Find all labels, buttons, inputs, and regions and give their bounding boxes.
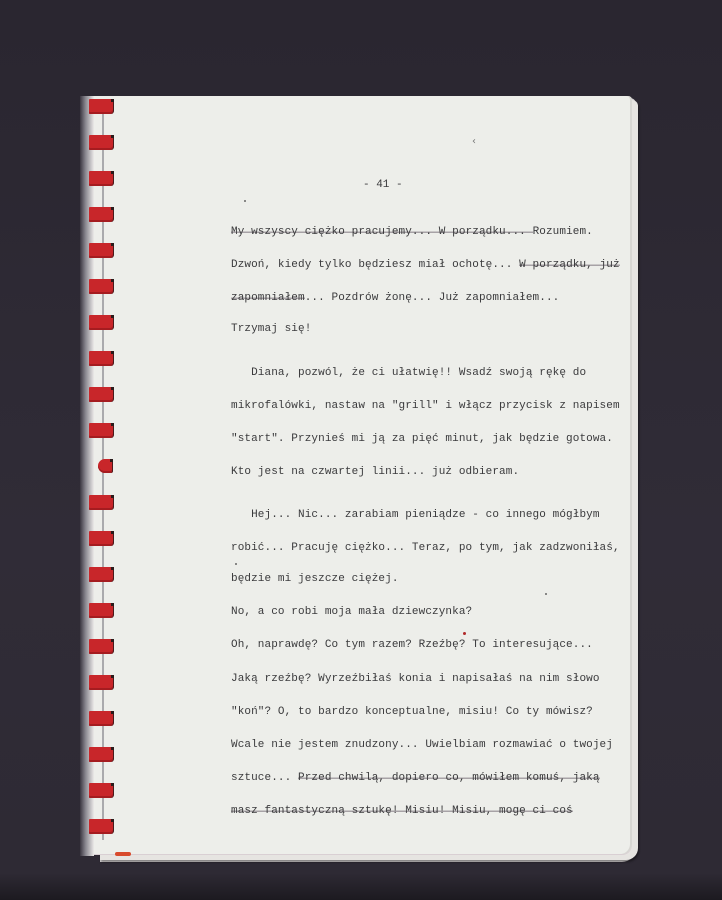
binding-ring bbox=[89, 423, 113, 438]
binding-ring bbox=[89, 603, 113, 618]
binding-ring bbox=[89, 783, 113, 798]
text-line: mikrofalówki, nastaw na "grill" i włącz … bbox=[231, 399, 620, 413]
text-line: Jaką rzeźbę? Wyrzeźbiłaś konia i napisał… bbox=[231, 672, 600, 686]
binding-ring bbox=[89, 279, 113, 294]
text-line: My wszyscy ciężko pracujemy... W porządk… bbox=[231, 225, 593, 239]
text-line: Dzwoń, kiedy tylko będziesz miał ochotę.… bbox=[231, 258, 620, 272]
text-segment: sztuce... bbox=[231, 772, 298, 784]
text-line: Oh, naprawdę? Co tym razem? Rzeźbę? To i… bbox=[231, 638, 593, 652]
binding-ring bbox=[89, 711, 113, 726]
text-line: "start". Przynieś mi ją za pięć minut, j… bbox=[231, 432, 613, 446]
binding-ring bbox=[89, 207, 113, 222]
marked-text-segment: masz fantastyczną sztukę! bbox=[231, 805, 405, 817]
binding-ring bbox=[89, 675, 113, 690]
text-line: robić... Pracuję ciężko... Teraz, po tym… bbox=[231, 541, 620, 555]
text-line: będzie mi jeszcze ciężej. bbox=[231, 572, 399, 586]
speck bbox=[545, 593, 547, 595]
marked-text-segment: W porządku... bbox=[432, 226, 533, 238]
text-line: Trzymaj się! bbox=[231, 322, 311, 336]
text-line: Wcale nie jestem znudzony... Uwielbiam r… bbox=[231, 738, 613, 752]
text-segment: Dzwoń, kiedy tylko będziesz miał ochotę.… bbox=[231, 259, 519, 271]
text-line: Diana, pozwól, że ci ułatwię!! Wsadź swo… bbox=[231, 366, 586, 380]
text-segment: Hej... Nic... zarabiam pieniądze - co in… bbox=[231, 509, 600, 521]
marked-text-segment: W porządku, już bbox=[519, 259, 620, 271]
marked-text-segment: Misiu! Misiu, mogę ci coś bbox=[405, 805, 573, 817]
text-line: masz fantastyczną sztukę! Misiu! Misiu, … bbox=[231, 804, 573, 818]
speck bbox=[235, 563, 237, 565]
binding-ring bbox=[89, 387, 113, 402]
text-line: zapomniałem... Pozdrów żonę... Już zapom… bbox=[231, 291, 559, 305]
text-segment: ... Pozdrów żonę... Już zapomniałem... bbox=[305, 292, 560, 304]
text-line: "koń"? O, to bardzo konceptualne, misiu!… bbox=[231, 705, 593, 719]
binding-ring bbox=[89, 171, 113, 186]
text-line: Kto jest na czwartej linii... już odbier… bbox=[231, 465, 519, 479]
binding-ring bbox=[89, 351, 113, 366]
binding-ring bbox=[89, 315, 113, 330]
binding-ring bbox=[89, 639, 113, 654]
speck bbox=[463, 632, 466, 635]
binding-ring bbox=[89, 243, 113, 258]
speck bbox=[244, 200, 246, 202]
page-number: - 41 - bbox=[363, 179, 403, 191]
text-segment: "koń"? O, to bardzo konceptualne, misiu!… bbox=[231, 706, 593, 718]
text-segment: "start". Przynieś mi ją za pięć minut, j… bbox=[231, 433, 613, 445]
text-segment: Kto jest na czwartej linii... już odbier… bbox=[231, 466, 519, 478]
margin-mark: ‹ bbox=[472, 136, 476, 147]
text-line: No, a co robi moja mała dziewczynka? bbox=[231, 605, 472, 619]
text-segment: robić... Pracuję ciężko... Teraz, po tym… bbox=[231, 542, 620, 554]
binding-ring bbox=[89, 531, 113, 546]
binding-ring bbox=[89, 747, 113, 762]
text-segment: będzie mi jeszcze ciężej. bbox=[231, 573, 399, 585]
text-segment: Oh, naprawdę? Co tym razem? Rzeźbę? To i… bbox=[231, 639, 593, 651]
marked-text-segment: My wszyscy ciężko pracujemy... bbox=[231, 226, 432, 238]
text-line: sztuce... Przed chwilą, dopiero co, mówi… bbox=[231, 771, 600, 785]
binding-ring bbox=[98, 459, 112, 473]
text-segment: mikrofalówki, nastaw na "grill" i włącz … bbox=[231, 400, 620, 412]
binding-ring bbox=[89, 819, 113, 834]
binding-ring bbox=[89, 495, 113, 510]
text-segment: Trzymaj się! bbox=[231, 323, 311, 335]
binding-ring bbox=[89, 99, 113, 114]
scan-background: ‹ - 41 - My wszyscy ciężko pracujemy... … bbox=[0, 0, 722, 900]
binding-ring bbox=[89, 567, 113, 582]
binding-ring bbox=[89, 135, 113, 150]
text-segment: Diana, pozwól, że ci ułatwię!! Wsadź swo… bbox=[231, 367, 586, 379]
text-line: Hej... Nic... zarabiam pieniądze - co in… bbox=[231, 508, 600, 522]
bottom-tab-mark bbox=[115, 852, 131, 856]
marked-text-segment: zapomniałem bbox=[231, 292, 305, 304]
text-segment: No, a co robi moja mała dziewczynka? bbox=[231, 606, 472, 618]
text-segment: Rozumiem. bbox=[533, 226, 593, 238]
text-segment: Jaką rzeźbę? Wyrzeźbiłaś konia i napisał… bbox=[231, 673, 600, 685]
marked-text-segment: Przed chwilą, dopiero co, mówiłem komuś,… bbox=[298, 772, 600, 784]
text-segment: Wcale nie jestem znudzony... Uwielbiam r… bbox=[231, 739, 613, 751]
